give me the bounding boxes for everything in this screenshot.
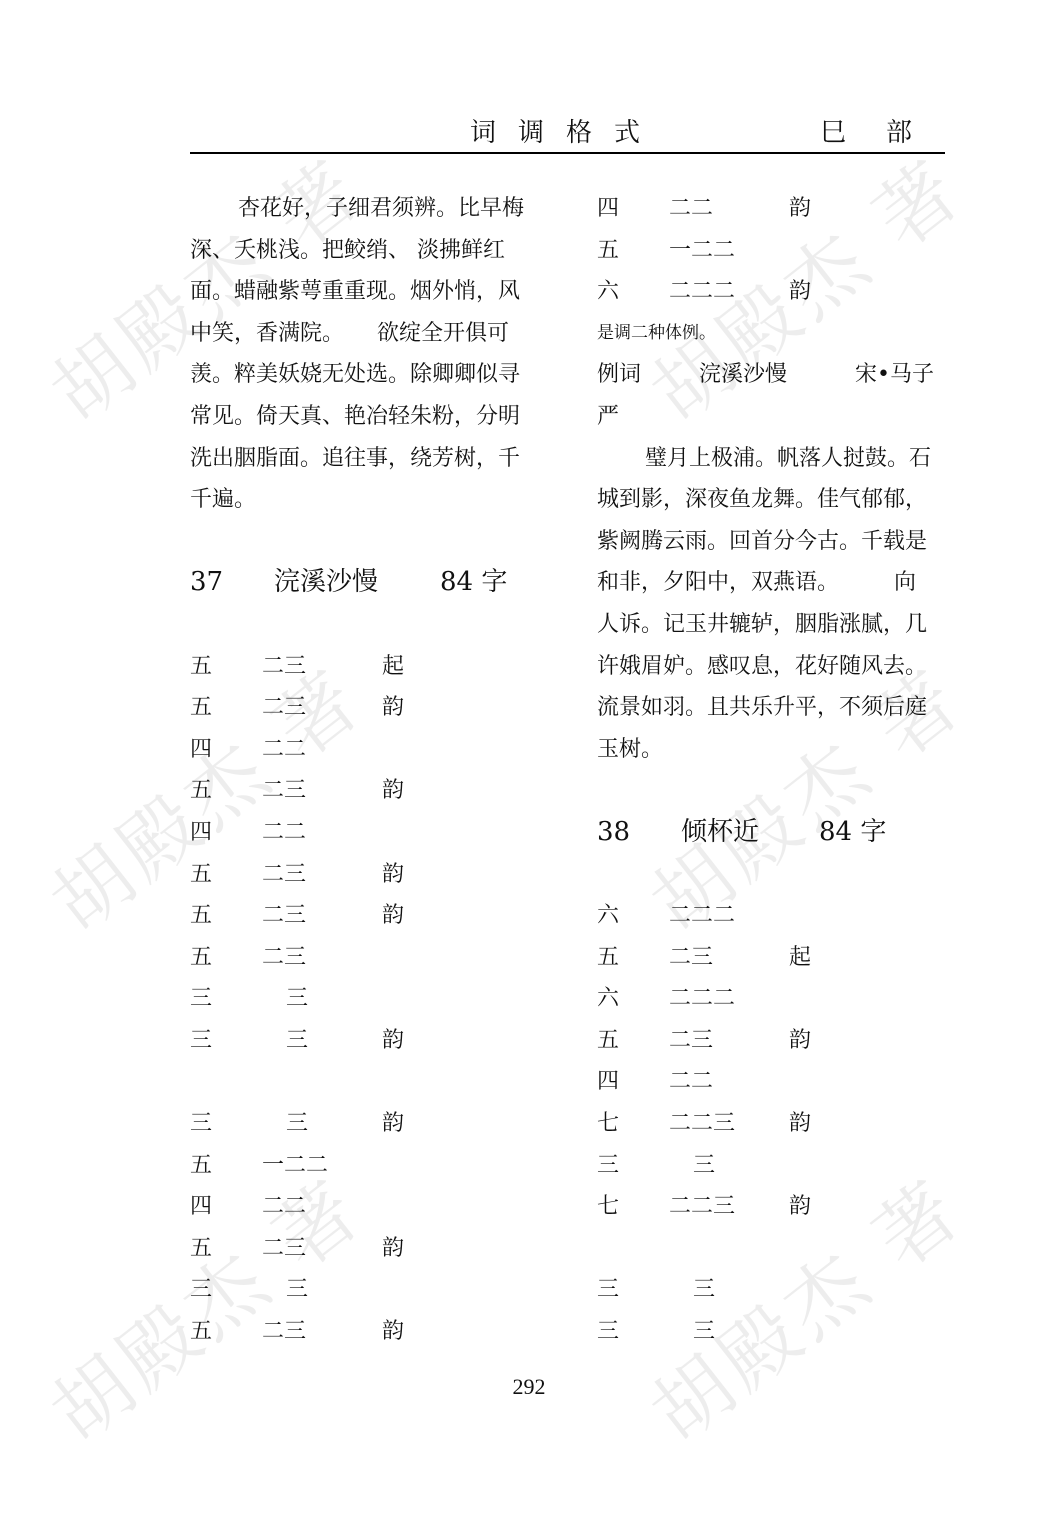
pattern-row: 五二三起	[597, 937, 947, 979]
running-header: 词调格式 巳部	[190, 112, 945, 152]
example-heading: 例词 浣溪沙慢 宋•马子	[597, 354, 947, 396]
section-count: 84 字	[819, 812, 886, 854]
example-author: 宋•马子	[855, 354, 934, 396]
poem-line: 人诉。记玉井辘轳，胭脂涨腻，几	[597, 604, 947, 646]
pattern-row: 三三	[597, 1311, 947, 1353]
poem-line: 城到影，深夜鱼龙舞。佳气郁郁，	[597, 479, 947, 521]
pattern-row: 四二二	[190, 1186, 540, 1228]
pattern-row: 四二二	[190, 812, 540, 854]
pattern-row: 三三	[597, 1145, 947, 1187]
poem-line: 深、夭桃浅。把鲛绡、 淡拂鲜红	[190, 230, 540, 272]
stanza-break	[190, 1061, 540, 1103]
poem-line: 紫阙腾云雨。回首分今古。千载是	[597, 521, 947, 563]
pattern-row: 五二三韵	[190, 1311, 540, 1353]
section-number: 38	[597, 812, 630, 854]
pattern-row: 五二三韵	[190, 895, 540, 937]
document-page: 胡殿杰 著 胡殿杰 著 胡殿杰 著 胡殿杰 著 胡殿杰 著 胡殿杰 著 词调格式…	[0, 0, 1058, 1534]
pattern-row: 五二三韵	[190, 1228, 540, 1270]
pattern-row: 四二二	[190, 729, 540, 771]
poem-line: 璧月上极浦。帆落人挝鼓。石	[597, 438, 947, 480]
pattern-row: 五一二二	[597, 230, 947, 272]
pattern-row: 七二二三韵	[597, 1186, 947, 1228]
example-label: 例词	[597, 354, 641, 396]
section-heading: 37 浣溪沙慢 84 字	[190, 562, 540, 604]
pattern-row: 五二三韵	[190, 770, 540, 812]
pattern-row: 四二二	[597, 1061, 947, 1103]
poem-line: 许娥眉妒。感叹息，花好随风去。	[597, 646, 947, 688]
pattern-row: 七二二三韵	[597, 1103, 947, 1145]
header-title: 词调格式	[470, 112, 670, 149]
header-part: 巳部	[820, 112, 952, 149]
pattern-row: 三三	[190, 978, 540, 1020]
left-column: 杏花好，子细君须辨。比早梅 深、夭桃浅。把鲛绡、 淡拂鲜红 面。蜡融紫萼重重现。…	[190, 188, 540, 1353]
pattern-row: 三三	[597, 1269, 947, 1311]
header-rule	[190, 152, 945, 154]
poem-line: 常见。倚天真、艳冶轻朱粉，分明	[190, 396, 540, 438]
pattern-row: 五二三韵	[190, 854, 540, 896]
pattern-row: 六二二二	[597, 895, 947, 937]
section-number: 37	[190, 562, 223, 604]
poem-line: 洗出胭脂面。追往事，绕芳树，千	[190, 438, 540, 480]
pattern-row: 五二三韵	[190, 687, 540, 729]
poem-line: 面。蜡融紫萼重重现。烟外悄，风	[190, 271, 540, 313]
section-name: 倾杯近	[681, 812, 759, 854]
poem-line: 杏花好，子细君须辨。比早梅	[190, 188, 540, 230]
pattern-row: 五二三韵	[597, 1020, 947, 1062]
pattern-row: 六二二二韵	[597, 271, 947, 313]
pattern-row: 六二二二	[597, 978, 947, 1020]
note-text: 是调二种体例。	[597, 313, 947, 355]
pattern-row: 五二三起	[190, 646, 540, 688]
pattern-row: 三三韵	[190, 1020, 540, 1062]
pattern-row: 五一二二	[190, 1145, 540, 1187]
right-column: 四二二韵 五一二二 六二二二韵 是调二种体例。 例词 浣溪沙慢 宋•马子 严 璧…	[597, 188, 947, 1353]
pattern-row: 五二三	[190, 937, 540, 979]
stanza-break	[597, 1228, 947, 1270]
poem-line: 中笑，香满院。 欲绽全开俱可	[190, 313, 540, 355]
section-name: 浣溪沙慢	[274, 562, 378, 604]
example-author-wrap: 严	[597, 396, 947, 438]
example-name: 浣溪沙慢	[699, 354, 787, 396]
page-number: 292	[0, 1374, 1058, 1400]
pattern-row: 三三	[190, 1269, 540, 1311]
section-count: 84 字	[440, 562, 507, 604]
pattern-row: 四二二韵	[597, 188, 947, 230]
poem-line: 流景如羽。且共乐升平，不须后庭	[597, 687, 947, 729]
poem-line: 千遍。	[190, 479, 540, 521]
poem-line: 羡。粹美妖娆无处选。除卿卿似寻	[190, 354, 540, 396]
poem-line: 玉树。	[597, 729, 947, 771]
section-heading: 38 倾杯近 84 字	[597, 812, 947, 854]
pattern-row: 三三韵	[190, 1103, 540, 1145]
poem-line: 和非，夕阳中，双燕语。 向	[597, 562, 947, 604]
